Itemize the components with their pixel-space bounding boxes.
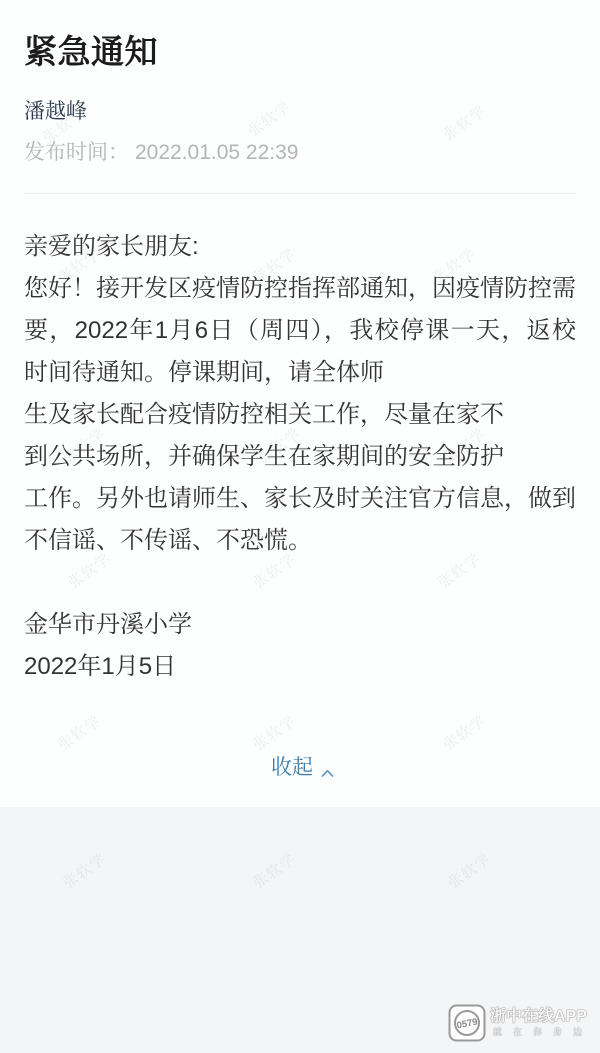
article-body: 亲爱的家长朋友: 您好！接开发区疫情防控指挥部通知，因疫情防控需 要，2022年…: [24, 226, 576, 688]
watermark: 张软学: [58, 848, 109, 893]
body-line: 时间待通知。停课期间，请全体师: [24, 352, 576, 394]
watermark: 张软学: [438, 100, 489, 145]
watermark: 张软学: [443, 848, 494, 893]
page-title: 紧急通知: [24, 31, 158, 73]
publish-timestamp: 2022.01.05 22:39: [135, 141, 299, 164]
body-line: 要，2022年1月6日（周四），我校停课一天，返校: [24, 310, 576, 352]
publish-label: 发布时间：: [24, 141, 129, 164]
watermark: 张软学: [248, 710, 299, 755]
divider: [24, 193, 576, 194]
app-slogan: 就在你身边: [490, 1026, 593, 1039]
body-line: 您好！接开发区疫情防控指挥部通知，因疫情防控需: [24, 268, 576, 310]
watermark: 张软学: [248, 848, 299, 893]
greeting: 亲爱的家长朋友:: [24, 226, 576, 268]
collapse-button[interactable]: 收起: [271, 754, 334, 782]
app-badge-icon: 0579: [448, 1004, 486, 1042]
signature-date: 2022年1月5日: [24, 646, 576, 688]
publish-time: 发布时间：2022.01.05 22:39: [24, 139, 299, 167]
app-logo-watermark: 0579 浙中在线APP 就在你身边: [448, 1004, 593, 1042]
body-line: 不信谣、不传谣、不恐慌。: [24, 520, 576, 562]
chevron-up-icon: [321, 764, 334, 772]
author-name[interactable]: 潘越峰: [24, 98, 87, 126]
app-name: 浙中在线APP: [490, 1007, 593, 1026]
body-line: 生及家长配合疫情防控相关工作，尽量在家不: [24, 394, 576, 436]
signature-school: 金华市丹溪小学: [24, 604, 576, 646]
body-line: 到公共场所，并确保学生在家期间的安全防护: [24, 436, 576, 478]
watermark: 张软学: [53, 710, 104, 755]
watermark: 张软学: [438, 710, 489, 755]
paragraph-gap: [24, 562, 576, 604]
body-line: 工作。另外也请师生、家长及时关注官方信息，做到: [24, 478, 576, 520]
article-card: 张软学 张软学 张软学 张软学 张软学 张软学 张软学 张软学 张软学 张软学 …: [0, 0, 600, 807]
watermark: 张软学: [243, 96, 294, 141]
collapse-label: 收起: [271, 754, 313, 782]
